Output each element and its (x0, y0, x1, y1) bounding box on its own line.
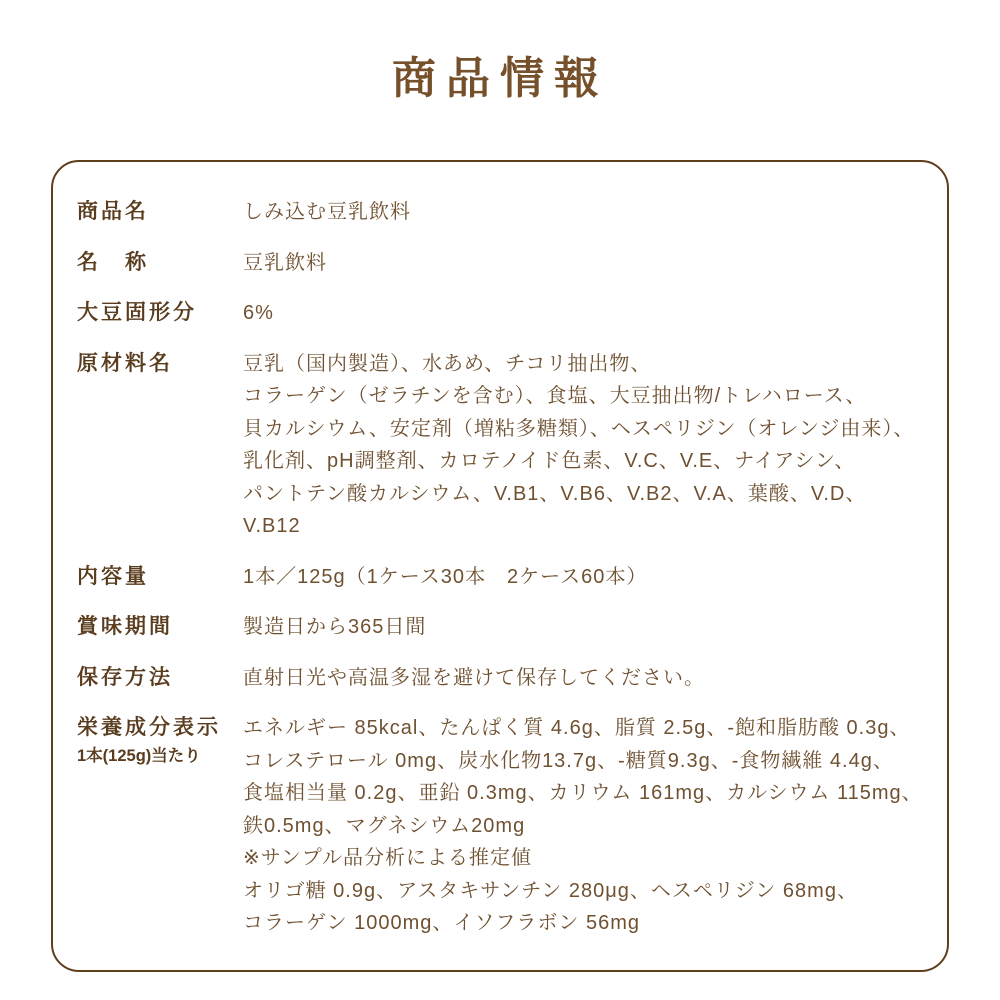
page-title: 商品情報 (0, 56, 1000, 102)
product-info-box: 商品名 しみ込む豆乳飲料 名 称 豆乳飲料 大豆固形分 6% 原材料名 豆乳（国… (51, 160, 949, 972)
row-label-cell: 名 称 (77, 247, 243, 279)
row-label: 商品名 (77, 196, 243, 228)
row-value: エネルギー 85kcal、たんぱく質 4.6g、脂質 2.5g、-飽和脂肪酸 0… (243, 712, 923, 940)
row-label: 内容量 (77, 561, 243, 593)
table-row-name: 名 称 豆乳飲料 (77, 247, 923, 280)
row-value: しみ込む豆乳飲料 (243, 196, 923, 229)
table-row-product-name: 商品名 しみ込む豆乳飲料 (77, 196, 923, 229)
row-label-cell: 内容量 (77, 561, 243, 593)
table-row-shelf-life: 賞味期間 製造日から365日間 (77, 611, 923, 644)
row-label: 名 称 (77, 247, 243, 279)
row-label-cell: 賞味期間 (77, 611, 243, 643)
table-row-storage: 保存方法 直射日光や高温多湿を避けて保存してください。 (77, 662, 923, 695)
table-row-soy-solids: 大豆固形分 6% (77, 297, 923, 330)
table-row-net-content: 内容量 1本／125g（1ケース30本 2ケース60本） (77, 561, 923, 594)
row-label-cell: 商品名 (77, 196, 243, 228)
row-label: 原材料名 (77, 348, 243, 380)
row-label-cell: 栄養成分表示 1本(125g)当たり (77, 712, 243, 768)
row-value: 製造日から365日間 (243, 611, 923, 644)
row-value: 豆乳（国内製造）、水あめ、チコリ抽出物、 コラーゲン（ゼラチンを含む）、食塩、大… (243, 348, 923, 543)
row-value: 1本／125g（1ケース30本 2ケース60本） (243, 561, 923, 594)
row-value: 直射日光や高温多湿を避けて保存してください。 (243, 662, 923, 695)
row-label: 栄養成分表示 (77, 712, 243, 744)
row-label-cell: 保存方法 (77, 662, 243, 694)
table-row-nutrition: 栄養成分表示 1本(125g)当たり エネルギー 85kcal、たんぱく質 4.… (77, 712, 923, 940)
row-label: 大豆固形分 (77, 297, 243, 329)
row-label: 賞味期間 (77, 611, 243, 643)
table-row-ingredients: 原材料名 豆乳（国内製造）、水あめ、チコリ抽出物、 コラーゲン（ゼラチンを含む）… (77, 348, 923, 543)
row-sublabel: 1本(125g)当たり (77, 744, 243, 768)
row-label-cell: 原材料名 (77, 348, 243, 380)
row-value: 豆乳飲料 (243, 247, 923, 280)
row-value: 6% (243, 297, 923, 330)
row-label-cell: 大豆固形分 (77, 297, 243, 329)
row-label: 保存方法 (77, 662, 243, 694)
